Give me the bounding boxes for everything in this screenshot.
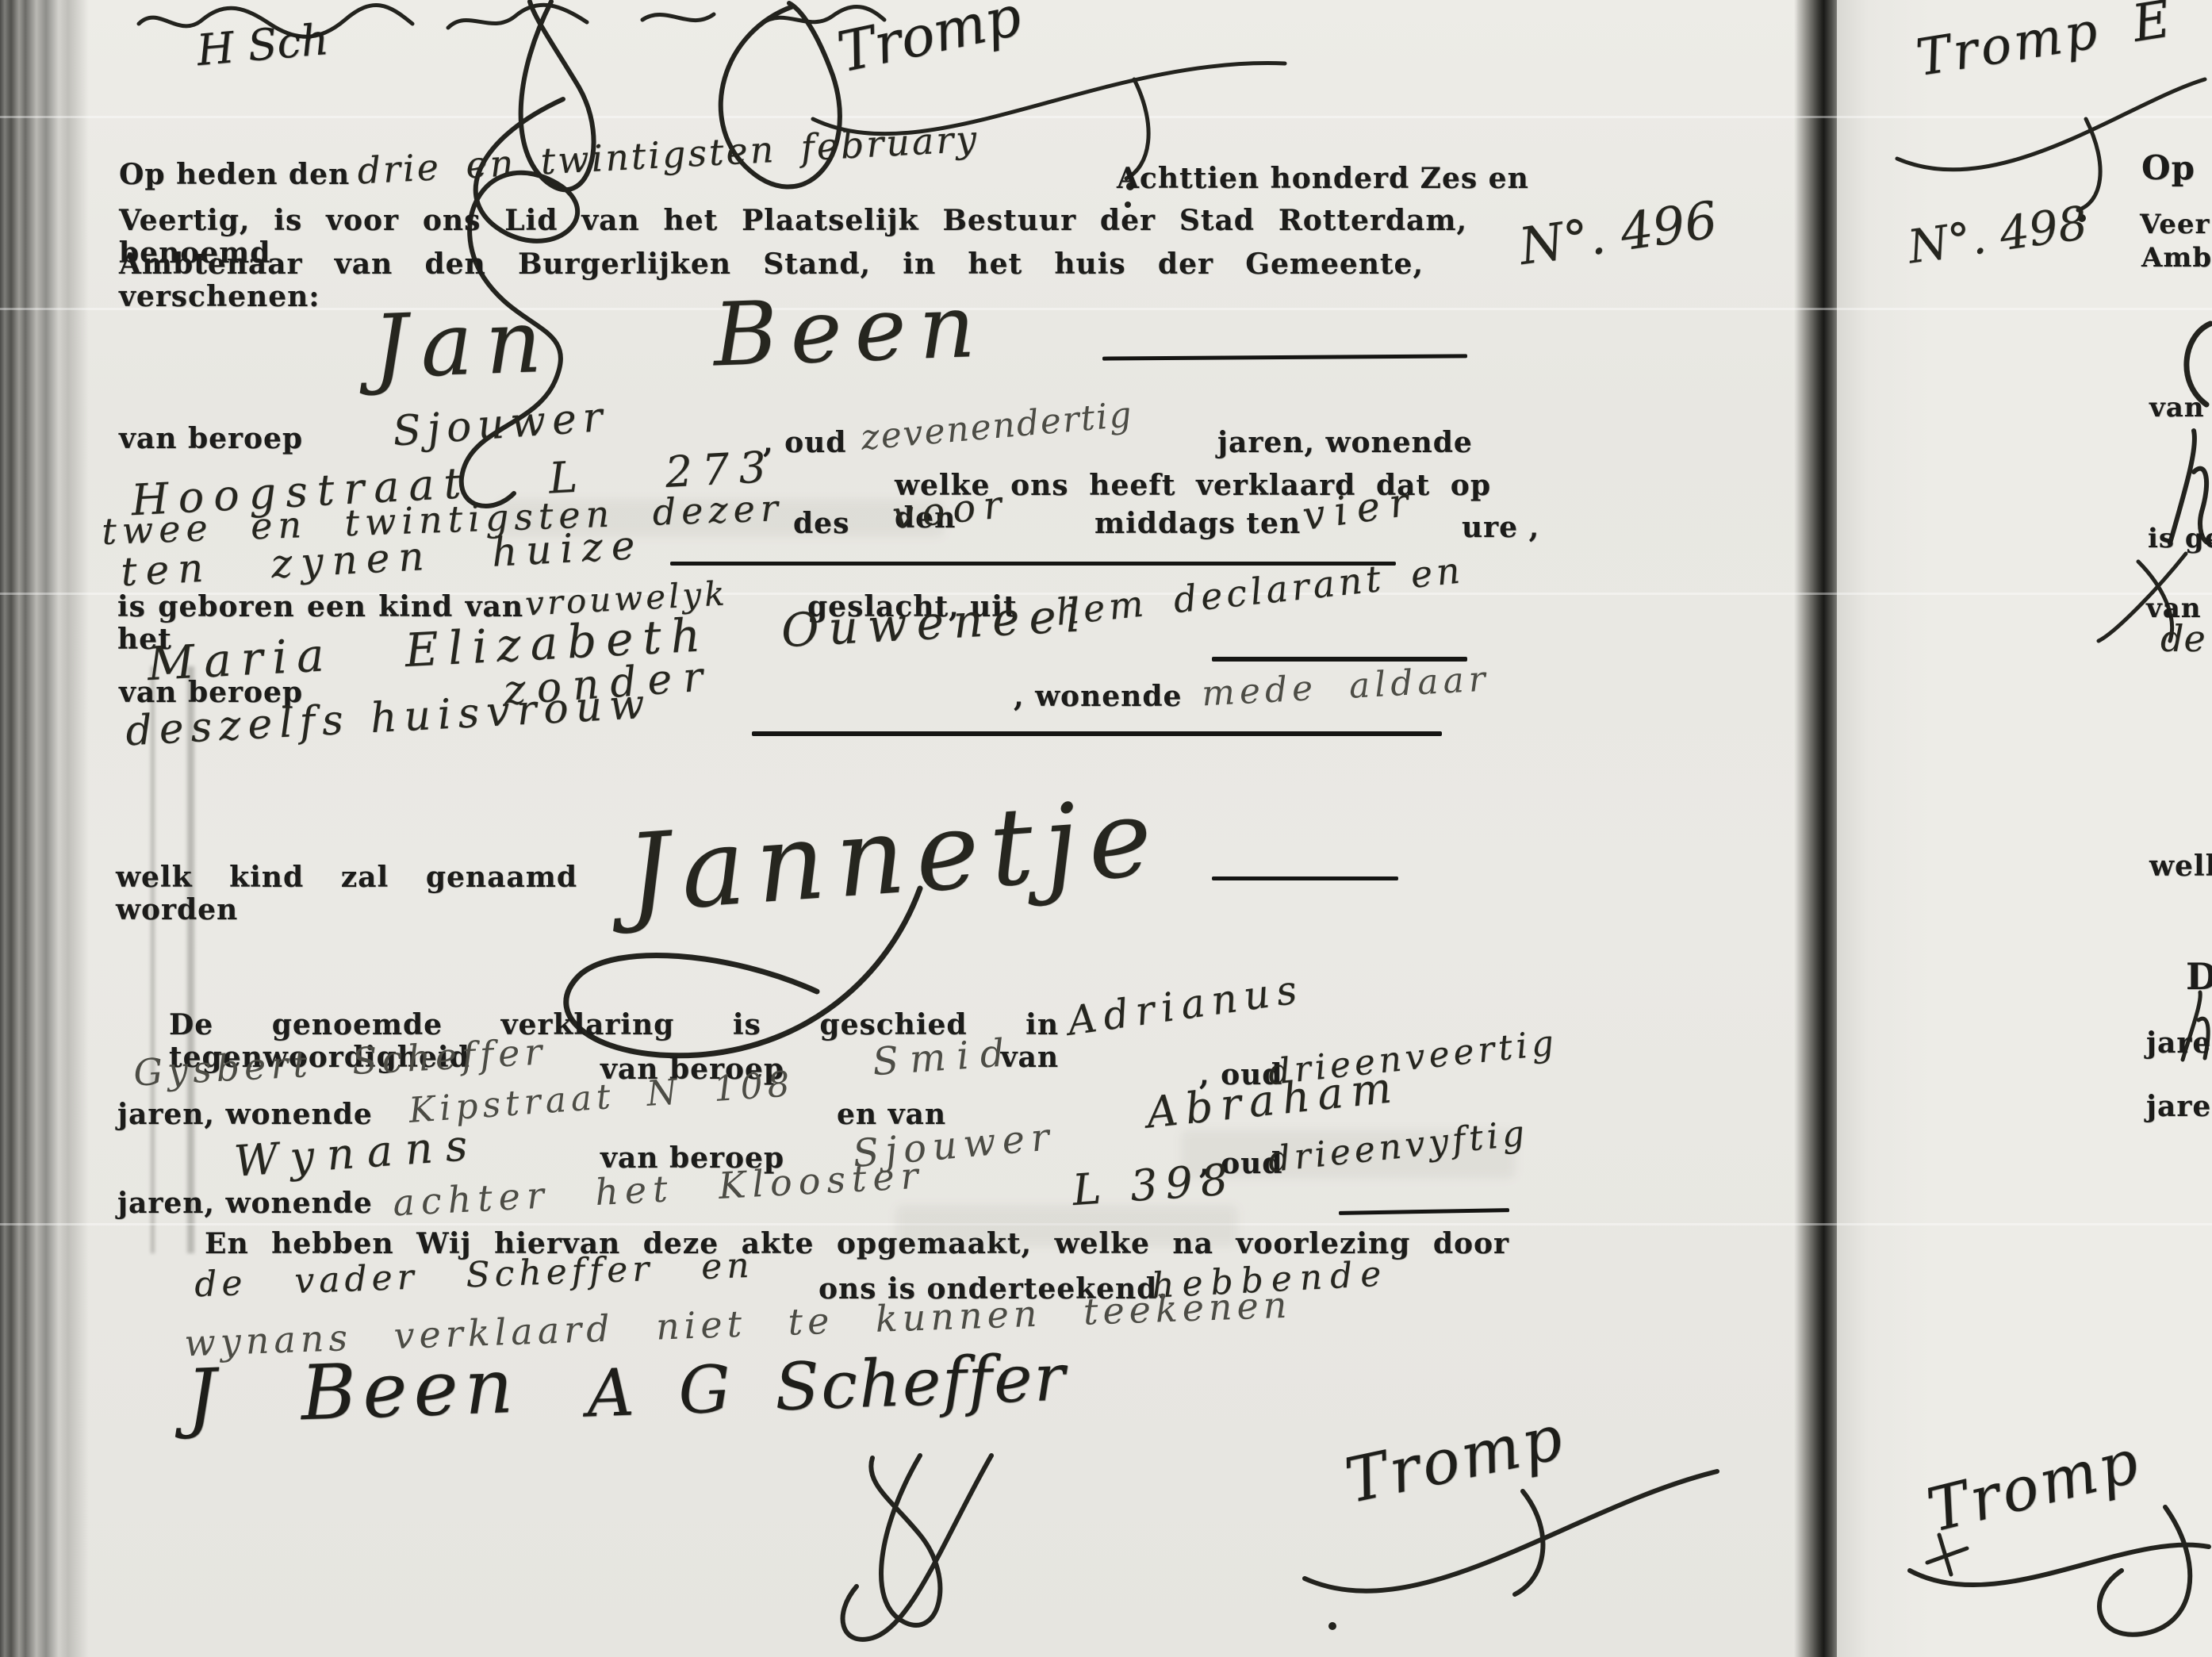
signature-flourish (753, 1452, 1039, 1650)
page-crease-line (187, 666, 194, 1253)
label-jaren-wonende-1: jaren, wonende (1217, 427, 1473, 459)
label-des: des (793, 508, 849, 540)
signature-declarant: J Been (185, 1343, 520, 1442)
label-van-beroep-1: van beroep (119, 423, 303, 455)
blank-fill-rule (1212, 876, 1398, 880)
page-crease-line (151, 666, 155, 1253)
label-wonende: , wonende (1014, 681, 1182, 713)
declarant-name: Jan Been (371, 275, 989, 398)
printed-year-start: Achttien honderd Zes en (1117, 163, 1529, 195)
birth-record-scan: H Sch Tromp N°. 496 Op heden den drie en… (0, 0, 2212, 1657)
blank-fill-rule (1212, 657, 1467, 662)
right-fragment-van-1: van (2149, 393, 2205, 424)
label-ure: ure , (1462, 512, 1539, 544)
label-middags-ten: middags ten (1094, 508, 1301, 540)
signature-flourish (1285, 1459, 1729, 1650)
right-fragment-veer: Veer (2140, 209, 2210, 240)
right-fragment-de: de (2160, 617, 2206, 660)
right-fragment-welk: welk (2149, 850, 2212, 883)
label-oud-1: , oud (763, 427, 846, 459)
label-closing-line1: En hebben Wij hiervan deze akte opgemaak… (205, 1228, 1509, 1260)
blank-fill-rule (752, 731, 1442, 736)
label-jaren-wonende-3: jaren, wonende (117, 1187, 373, 1220)
right-fragment-jaren-2: jaren (2146, 1091, 2212, 1123)
label-jaren-wonende-2: jaren, wonende (117, 1099, 373, 1131)
right-fragment-op: Op (2141, 149, 2195, 187)
right-fragment-amb: Amb (2141, 243, 2212, 274)
book-binding-edge (0, 0, 89, 1657)
right-fragment-jaren-1: jaren (2146, 1027, 2212, 1060)
signature-flourish (1888, 56, 2212, 222)
signature-flourish (1903, 1499, 2212, 1657)
blank-fill-rule (670, 562, 1396, 566)
printed-op-heden-den: Op heden den (119, 159, 350, 191)
